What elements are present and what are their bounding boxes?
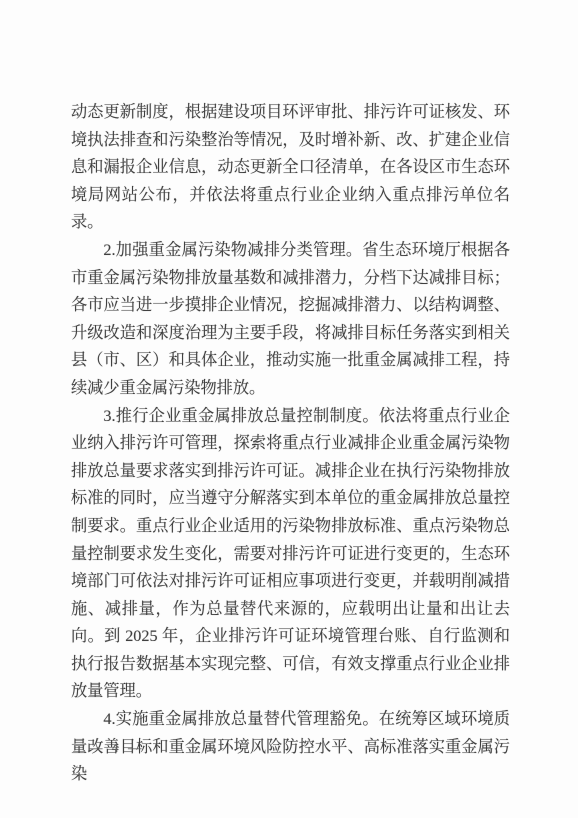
document-page: 动态更新制度，根据建设项目环评审批、排污许可证核发、环境执法排查和污染整治等情况… [0, 0, 578, 818]
paragraph-item-3: 3.推行企业重金属排放总量控制制度。依法将重点行业企业纳入排污许可管理，探索将重… [71, 403, 510, 707]
paragraph-item-2: 2.加强重金属污染物减排分类管理。省生态环境厅根据各市重金属污染物排放量基数和减… [71, 237, 510, 403]
page-footer: — 4 — [89, 740, 145, 756]
document-body: 动态更新制度，根据建设项目环评审批、排污许可证核发、环境执法排查和污染整治等情况… [71, 99, 510, 789]
page-number: — 4 — [89, 740, 145, 755]
paragraph-continuation: 动态更新制度，根据建设项目环评审批、排污许可证核发、环境执法排查和污染整治等情况… [71, 99, 510, 237]
